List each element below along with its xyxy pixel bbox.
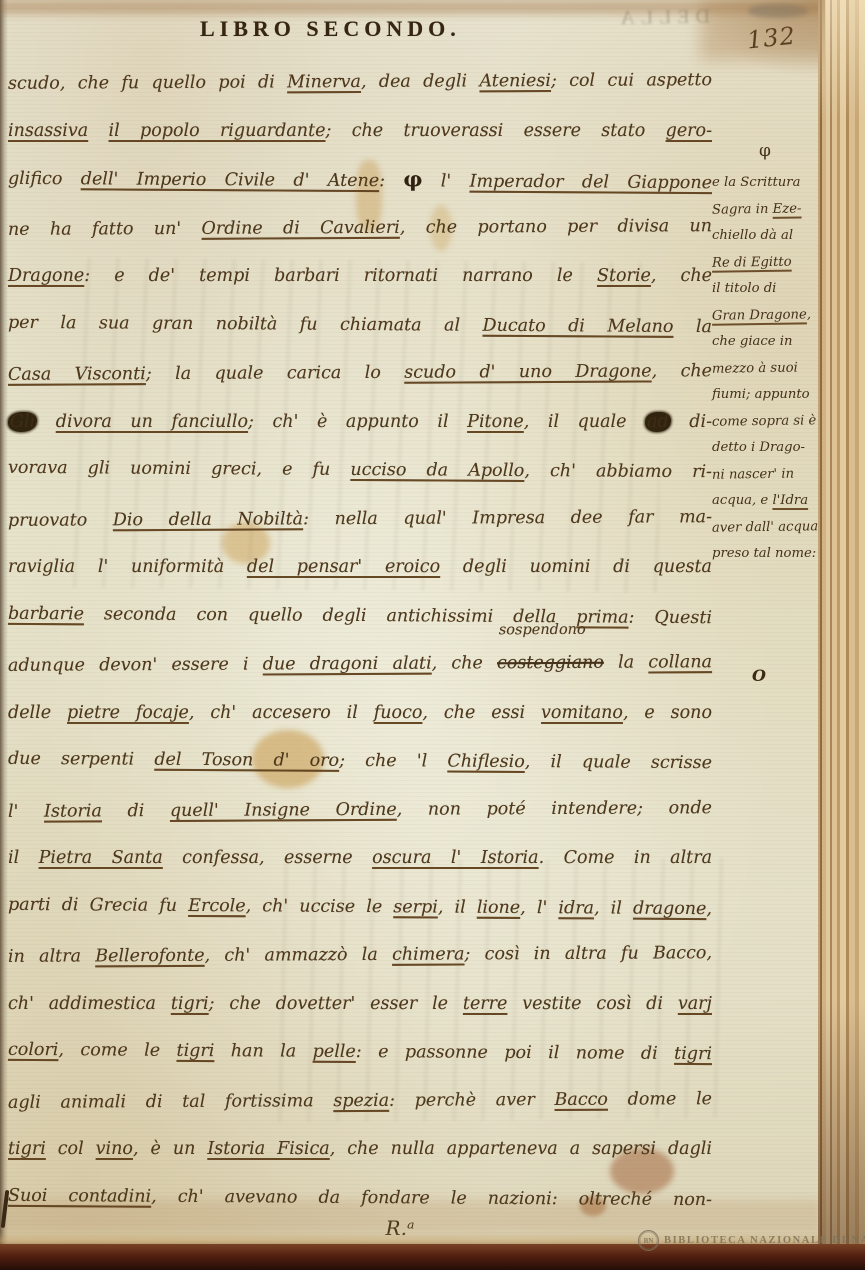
manuscript-line: per la sua gran nobiltà fu chiamata al D…: [8, 298, 712, 351]
handwritten-text: acqua, e: [712, 493, 772, 508]
underlined-word: gero-: [666, 121, 712, 141]
margin-note-line: Re di Egitto: [712, 249, 818, 277]
handwritten-text: confessa, esserne: [163, 848, 372, 868]
underlined-word: barbarie: [8, 603, 84, 623]
margin-note-line: mezzo à suoi: [712, 355, 818, 383]
underlined-word: scudo d' uno Dragone: [404, 361, 651, 382]
underlined-word: idra: [558, 898, 594, 918]
underlined-word: spezia: [333, 1090, 389, 1110]
handwritten-text: , il: [594, 898, 633, 918]
handwritten-text: , ch' accesero il: [189, 703, 374, 723]
margin-note-lines: e la ScritturaSagra in Eze-chiello dà al…: [712, 170, 818, 568]
underlined-word: ucciso da Apollo: [350, 460, 524, 481]
manuscript-line: scudo, che fu quello poi di Minerva, dea…: [8, 56, 712, 108]
underlined-word: dell' Imperio Civile d' Atene: [81, 169, 379, 191]
handwritten-text: ; la quale carica lo: [146, 363, 405, 384]
margin-note-line: detto i Drago-: [712, 435, 818, 462]
underlined-word: terre: [463, 994, 507, 1014]
handwritten-text: , che: [652, 361, 713, 381]
interlinear-correction: sospendono: [499, 623, 586, 637]
handwritten-text: ; col cui aspetto: [551, 70, 712, 91]
underlined-word: Storie: [597, 266, 651, 286]
manuscript-line: tigri col vino, è un Istoria Fisica, che…: [8, 1125, 712, 1174]
manuscript-line: barbarie seconda con quello degli antich…: [8, 589, 712, 642]
underlined-word: Ordine di Cavalieri: [201, 217, 399, 238]
manuscript-line: Dragone: e de' tempi barbari ritornati n…: [8, 252, 712, 301]
handwritten-text: : e de' tempi barbari ritornati narrano …: [84, 266, 597, 286]
manuscript-line: vorava gli uomini greci, e fu ucciso da …: [8, 444, 712, 497]
handwritten-text: il: [8, 848, 39, 868]
handwritten-text: , ch' avevano da fondare le nazioni: olt…: [151, 1186, 712, 1209]
underlined-word: Gran Dragone: [712, 307, 807, 323]
handwritten-text: : nella qual' Impresa dee far ma-: [303, 507, 712, 529]
handwritten-text: il titolo di: [712, 281, 776, 296]
handwritten-text: . Come in altra: [539, 848, 712, 868]
underlined-word: collana: [648, 652, 712, 672]
handwritten-text: chiello dà al: [712, 228, 793, 243]
library-stamp-icon: BN: [638, 1230, 659, 1251]
margin-note-line: Sagra in Eze-: [712, 196, 818, 224]
manuscript-line: ch' addimestica tigri; che dovetter' ess…: [8, 980, 712, 1029]
underlined-word: tigri: [177, 1041, 215, 1061]
handwritten-text: , ch' uccise le: [246, 896, 394, 917]
underlined-word: due dragoni alati: [263, 654, 432, 675]
handwritten-text: , il: [438, 897, 477, 917]
handwritten-text: : Questi: [628, 607, 712, 628]
handwritten-text: ne ha fatto un': [8, 218, 202, 239]
handwritten-text: che giace in: [712, 334, 793, 349]
bleedthrough-title: DELLA: [430, 6, 710, 34]
handwritten-text: l': [422, 171, 469, 191]
manuscript-line: insassiva il popolo riguardante; che tru…: [8, 107, 712, 156]
underlined-word: il popolo riguardante: [109, 121, 326, 141]
underlined-word: divora un fanciullo: [56, 412, 248, 432]
margin-note-line: il titolo di: [712, 276, 818, 303]
manuscript-line: Gli divora un fanciullo; ch' è appunto i…: [8, 398, 712, 447]
handwritten-text: pruovato: [8, 510, 113, 531]
handwritten-text: scudo, che fu quello poi di: [8, 72, 287, 93]
underlined-word: chimera: [392, 944, 465, 964]
handwritten-text: ch' addimestica: [8, 994, 171, 1014]
manuscript-line: due serpenti del Toson d' oro; che 'l Ch…: [8, 735, 712, 788]
handwritten-text: dome le: [608, 1089, 712, 1110]
handwritten-text: per la sua gran nobiltà fu chiamata al: [8, 312, 483, 335]
handwritten-text: ; che truoverassi essere stato: [325, 121, 665, 141]
handwritten-text: : e passonne poi il nome di: [356, 1042, 675, 1064]
margin-note-line: fiumi; appunto: [712, 382, 818, 409]
handwritten-text: glifico: [8, 169, 81, 189]
corrected-word: costeggianosospendono: [497, 639, 604, 688]
manuscript-line: Casa Visconti; la quale carica lo scudo …: [8, 347, 712, 399]
manuscript-line: colori, come le tigri han la pelle: e pa…: [8, 1026, 712, 1079]
margin-note-line: chiello dà al: [712, 223, 818, 250]
manuscript-line: l' Istoria di quell' Insigne Ordine, non…: [8, 784, 712, 836]
underlined-word: Dragone: [8, 266, 84, 286]
handwritten-text: fiumi; appunto: [712, 387, 810, 402]
handwritten-text: ; ch' è appunto il: [248, 412, 467, 432]
handwritten-text: Sagra in: [712, 201, 773, 217]
underlined-word: serpi: [393, 897, 438, 917]
page-title: LIBRO SECONDO.: [200, 16, 461, 42]
library-stamp-text: BIBLIOTECA NAZIONALE DI NAPOLI: [664, 1235, 865, 1246]
underlined-word: Casa Visconti: [8, 364, 146, 385]
handwritten-text: di-: [671, 412, 712, 432]
margin-note-line: che giace in: [712, 329, 818, 356]
underlined-word: Minerva: [287, 72, 361, 92]
ink-blot-word: Gli: [8, 412, 37, 432]
underlined-word: Istoria Fisica: [207, 1139, 329, 1159]
handwritten-text: [37, 412, 56, 432]
library-stamp: BN BIBLIOTECA NAZIONALE DI NAPOLI: [638, 1230, 865, 1251]
handwritten-text: , il quale: [524, 412, 645, 432]
manuscript-line: parti di Grecia fu Ercole, ch' uccise le…: [8, 880, 712, 933]
handwritten-text: , che nulla apparteneva a sapersi dagli: [330, 1139, 712, 1159]
underlined-word: Chiflesio: [447, 752, 525, 772]
handwritten-text: , l': [520, 897, 558, 917]
main-text: scudo, che fu quello poi di Minerva, dea…: [8, 58, 712, 1222]
handwritten-text: , è un: [133, 1139, 207, 1159]
underlined-word: l'Idra: [772, 493, 808, 508]
manuscript-line: adunque devon' essere i due dragoni alat…: [8, 638, 712, 690]
underlined-word: varj: [678, 994, 712, 1014]
handwritten-text: , che: [651, 266, 712, 286]
handwritten-text: han la: [214, 1041, 312, 1062]
underlined-word: Imperador del Giappone: [470, 172, 713, 193]
underlined-word: colori: [8, 1040, 59, 1060]
handwritten-text: col: [46, 1139, 96, 1159]
manuscript-line: raviglia l' uniformità del pensar' eroic…: [8, 543, 712, 592]
handwritten-text: vorava gli uomini greci, e fu: [8, 458, 351, 480]
underlined-word: tigri: [674, 1044, 712, 1064]
margin-note-line: preso tal nome:: [712, 541, 818, 568]
underlined-word: quell' Insigne Ordine: [170, 799, 397, 820]
manuscript-line: pruovato Dio della Nobiltà: nella qual' …: [8, 493, 712, 545]
manuscript-line: agli animali di tal fortissima spezia: p…: [8, 1075, 712, 1127]
handwritten-text: la: [673, 316, 712, 336]
handwritten-text: , ch' ammazzò la: [205, 945, 393, 966]
margin-insertion-mark: φ: [712, 136, 818, 166]
handwritten-text: agli animali di tal fortissima: [8, 1091, 333, 1113]
handwritten-text: preso tal nome:: [712, 546, 816, 561]
handwritten-text: , che essi: [422, 703, 541, 723]
underlined-word: lione: [477, 897, 520, 917]
ink-blot-word: ad: [645, 412, 671, 432]
underlined-word: del Toson d' oro: [154, 750, 339, 771]
corner-shade: [695, 0, 825, 80]
underlined-word: Istoria: [44, 801, 102, 821]
handwritten-text: due serpenti: [8, 749, 154, 770]
handwritten-text: , dea degli: [361, 71, 480, 92]
handwritten-text: , non poté intendere; onde: [397, 798, 712, 820]
underlined-word: Bellerofonte: [95, 946, 204, 967]
manuscript-line: glifico dell' Imperio Civile d' Atene: φ…: [8, 153, 712, 206]
handwritten-text: e la Scrittura: [712, 175, 800, 190]
underlined-word: Suoi contadini: [8, 1185, 151, 1206]
underlined-word: tigri: [8, 1139, 46, 1159]
handwritten-text: , che: [432, 653, 497, 673]
underlined-word: vomitano: [541, 703, 623, 723]
handwritten-text: mezzo à suoi: [712, 360, 798, 376]
underlined-word: insassiva: [8, 121, 88, 141]
handwritten-text: ,: [706, 899, 712, 919]
handwritten-text: di: [102, 800, 170, 820]
handwritten-text: delle: [8, 703, 67, 723]
handwritten-text: [88, 121, 108, 141]
handwritten-text: ; così in altra fu Bacco,: [464, 943, 712, 964]
margin-note-line: ni nascer' in: [712, 461, 818, 489]
underlined-word: Dio della Nobiltà: [113, 509, 303, 530]
underlined-word: vino: [96, 1139, 133, 1159]
handwritten-text: detto i Drago-: [712, 440, 805, 455]
handwritten-text: ,: [807, 307, 811, 322]
handwritten-text: : perchè aver: [389, 1089, 555, 1110]
underlined-word: oscura l' Istoria: [372, 848, 539, 868]
handwritten-text: vestite così di: [507, 994, 677, 1014]
underlined-word: pelle: [313, 1042, 356, 1062]
handwritten-text: l': [8, 801, 44, 821]
fore-edge-page-stack: [818, 0, 865, 1270]
margin-note-line: e la Scrittura: [712, 170, 818, 197]
manuscript-line: delle pietre focaje, ch' accesero il fuo…: [8, 689, 712, 738]
handwritten-text: parti di Grecia fu: [8, 894, 188, 915]
margin-note-line: come sopra si è: [712, 408, 818, 436]
margin-note-line: acqua, e l'Idra: [712, 488, 818, 515]
underlined-word: pietre focaje: [67, 703, 189, 723]
margin-note-line: aver dall' acqua: [712, 514, 818, 542]
underlined-word: dragone: [633, 898, 706, 918]
handwritten-text: raviglia l' uniformità: [8, 557, 247, 577]
margin-note: φ e la ScritturaSagra in Eze-chiello dà …: [712, 136, 818, 568]
handwritten-text: come sopra si è: [712, 413, 817, 429]
manuscript-line: ne ha fatto un' Ordine di Cavalieri, che…: [8, 202, 712, 254]
handwritten-text: adunque devon' essere i: [8, 655, 263, 676]
underlined-word: Ducato di Melano: [483, 315, 674, 336]
manuscript-line: in altra Bellerofonte, ch' ammazzò la ch…: [8, 929, 712, 981]
underlined-word: Re di Egitto: [712, 254, 792, 270]
handwritten-text: ; che 'l: [339, 751, 447, 772]
handwritten-text: degli uomini di questa: [440, 557, 712, 577]
handwritten-text: ni nascer' in: [712, 466, 794, 482]
handwritten-text: la: [604, 652, 648, 672]
underlined-word: Ateniesi: [479, 71, 551, 91]
handwritten-text: aver dall' acqua: [712, 519, 818, 535]
underlined-word: Eze-: [772, 201, 801, 216]
handwritten-text: in altra: [8, 946, 95, 966]
handwritten-text: ; che dovetter' esser le: [209, 994, 463, 1014]
margin-o-mark: O: [752, 666, 766, 685]
underlined-word: tigri: [171, 994, 209, 1014]
insertion-mark: φ: [403, 166, 422, 191]
handwritten-text: , e sono: [623, 703, 712, 723]
underlined-word: fuoco: [374, 703, 423, 723]
margin-note-line: Gran Dragone,: [712, 302, 818, 330]
handwritten-text: , ch' abbiamo ri-: [524, 461, 712, 482]
handwritten-text: :: [379, 171, 403, 191]
handwritten-text: , il quale scrisse: [525, 752, 712, 773]
gutter-shadow: [0, 0, 8, 1248]
handwritten-text: , che portano per divisa un: [400, 216, 712, 238]
handwritten-text: , come le: [58, 1040, 176, 1061]
underlined-word: Ercole: [188, 895, 246, 915]
underlined-word: del pensar' eroico: [247, 557, 440, 577]
struck-word: costeggiano: [497, 653, 604, 674]
underlined-word: Pitone: [467, 412, 524, 432]
manuscript-line: il Pietra Santa confessa, esserne oscura…: [8, 834, 712, 883]
underlined-word: Pietra Santa: [39, 848, 163, 868]
underlined-word: Bacco: [554, 1089, 608, 1109]
